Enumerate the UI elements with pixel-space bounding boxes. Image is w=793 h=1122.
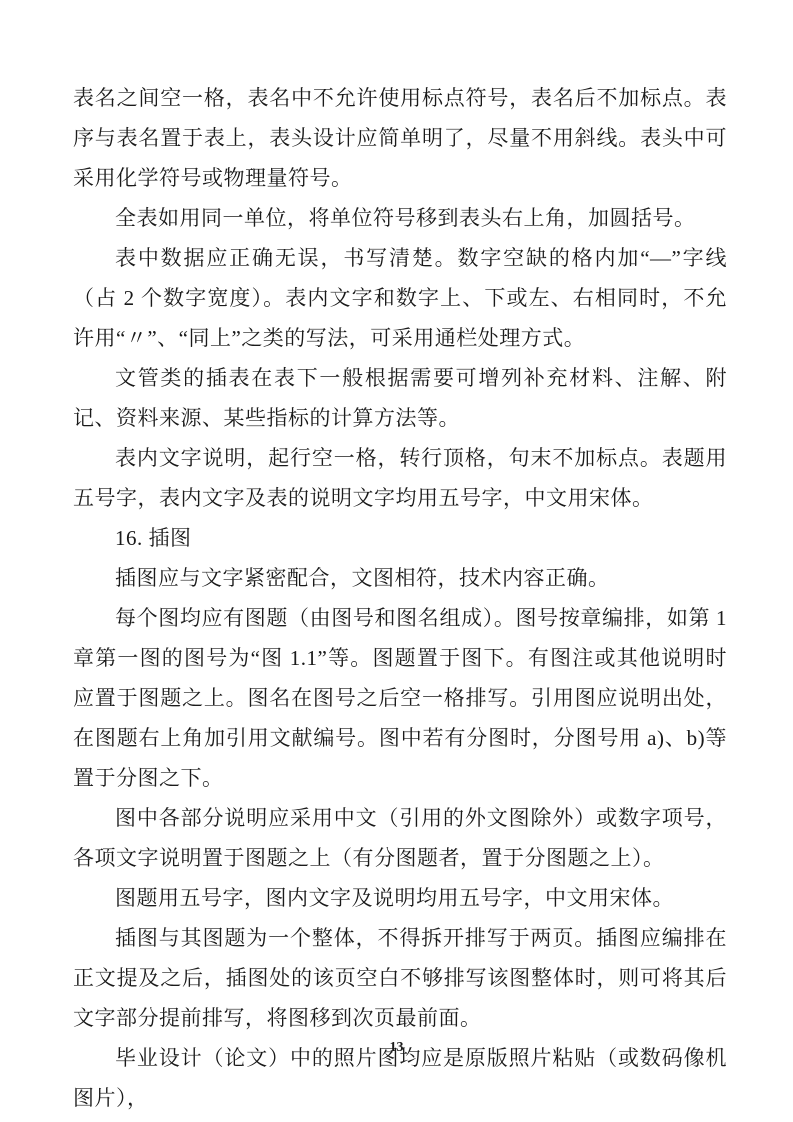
document-body: 表名之间空一格，表名中不允许使用标点符号，表名后不加标点。表序与表名置于表上，表…: [73, 78, 727, 1118]
paragraph-figure-caption-rule: 每个图均应有图题（由图号和图名组成）。图号按章编排，如第 1 章第一图的图号为“…: [73, 598, 727, 798]
page-number: 13: [390, 1040, 404, 1055]
section-heading-illustrations: 16. 插图: [73, 518, 727, 558]
paragraph-supplementary-material-rule: 文管类的插表在表下一般根据需要可增列补充材料、注解、附记、资料来源、某些指标的计…: [73, 358, 727, 438]
paragraph-figure-font-size-rule: 图题用五号字，图内文字及说明均用五号字，中文用宋体。: [73, 878, 727, 918]
paragraph-figure-text-match-rule: 插图应与文字紧密配合，文图相符，技术内容正确。: [73, 558, 727, 598]
paragraph-figure-labels-chinese-rule: 图中各部分说明应采用中文（引用的外文图除外）或数字项号，各项文字说明置于图题之上…: [73, 798, 727, 878]
paragraph-table-data-rule: 表中数据应正确无误，书写清楚。数字空缺的格内加“—”字线（占 2 个数字宽度）。…: [73, 238, 727, 358]
document-page: 表名之间空一格，表名中不允许使用标点符号，表名后不加标点。表序与表名置于表上，表…: [0, 0, 793, 1122]
paragraph-table-name-rules: 表名之间空一格，表名中不允许使用标点符号，表名后不加标点。表序与表名置于表上，表…: [73, 78, 727, 198]
paragraph-unit-symbol-rule: 全表如用同一单位，将单位符号移到表头右上角，加圆括号。: [73, 198, 727, 238]
paragraph-figure-placement-rule: 插图与其图题为一个整体，不得拆开排写于两页。插图应编排在正文提及之后，插图处的该…: [73, 918, 727, 1038]
paragraph-table-text-note-rule: 表内文字说明，起行空一格，转行顶格，句末不加标点。表题用五号字，表内文字及表的说…: [73, 438, 727, 518]
page-footer: 13: [0, 1038, 793, 1056]
